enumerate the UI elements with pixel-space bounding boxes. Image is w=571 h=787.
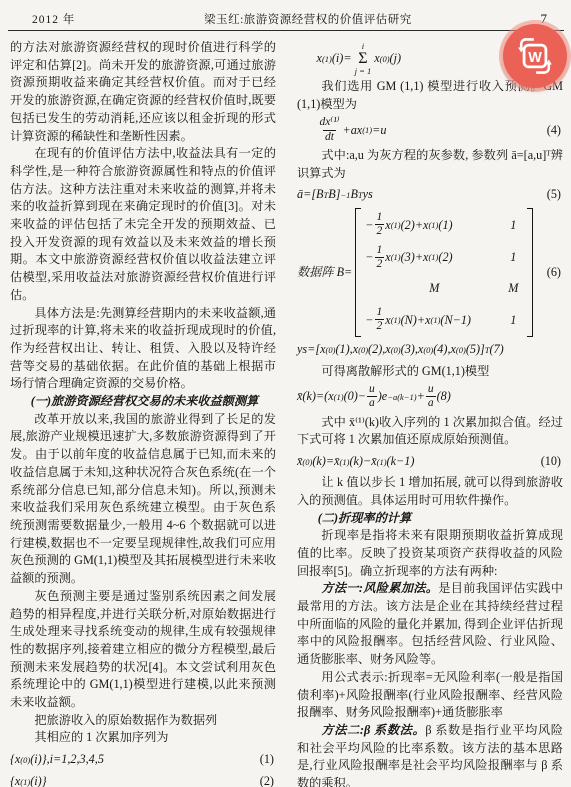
paragraph: 方法二:β 系数法。β 系数是指行业平均风险和社会平均风险的比率系数。该方法的基… xyxy=(297,722,563,787)
matrix-label: 数据阵 B= xyxy=(297,265,352,280)
formula-number: (10) xyxy=(541,454,563,469)
matrix-row: −12x(1)(2)+x(1)(1)1 xyxy=(365,211,523,238)
paragraph: 的方法对旅游资源经营权的现时价值进行科学的评定和估算[2]。尚未开发的旅游资源,… xyxy=(10,39,276,145)
method-lead: 方法一:风险累加法。 xyxy=(321,581,438,595)
matrix-row: −12x(1)(3)+x(1)(2)1 xyxy=(365,244,523,271)
formula: x̄(k)=(x(1)(0)−ua)e−a(k−1)+ua(8) xyxy=(297,383,563,410)
header-running-title: 梁玉红:旅游资源经营权的价值评估研究 xyxy=(75,11,540,27)
paragraph: 其相应的 1 次累加序列为 xyxy=(10,729,276,747)
formula: ā=[BTB]−1BTys(5) xyxy=(297,185,563,204)
page-body: 的方法对旅游资源经营权的现时价值进行科学的评定和估算[2]。尚未开发的旅游资源,… xyxy=(10,39,563,787)
formula: ys=[x(0)(1),x(0)(2),x(0)(3),x(0)(4),x(0)… xyxy=(297,341,563,360)
formula-number: (2) xyxy=(260,774,276,787)
right-column: x(1)(i)=iΣj = 1x(0)(j)我们选用 GM (1,1) 模型进行… xyxy=(297,39,563,787)
formula: {x(0)(i)},i=1,2,3,4,5(1) xyxy=(10,750,276,769)
w-document-icon: W xyxy=(512,33,558,79)
paragraph: 式中:a,u 为灰方程的灰参数, 参数列 ā=[a,u]ᵀ辨识算式为 xyxy=(297,147,563,182)
section-heading: (二)折现率的计算 xyxy=(297,510,563,528)
paragraph: 用公式表示:折现率=无风险利率(一般是指国债利率)+风险报酬率(行业风险报酬率、… xyxy=(297,669,563,722)
paragraph: 在现有的价值评估方法中,收益法具有一定的科学性,是一种符合旅游资源属性和特点的价… xyxy=(10,145,276,304)
formula-number: (6) xyxy=(547,265,563,280)
matrix-row: MM xyxy=(365,276,523,301)
matrix-row: −12x(1)(N)+x(1)(N−1)1 xyxy=(365,306,523,333)
formula-number: (5) xyxy=(547,187,563,202)
formula: {x(1)(i)}(2) xyxy=(10,772,276,787)
paragraph: 可得离散解形式的 GM(1,1)模型 xyxy=(297,363,563,381)
paragraph: 让 k 值以步长 1 增加拓展, 就可以得到旅游收入的预测值。具体运用时可用软件… xyxy=(297,474,563,509)
paragraph: 把旅游收入的原始数据作为数据列 xyxy=(10,712,276,730)
formula: x̄(0)(k)=x̄(1)(k)−x̄(1)(k−1)(10) xyxy=(297,452,563,471)
formula-number: (4) xyxy=(547,123,563,138)
header-rule xyxy=(8,30,564,31)
paragraph: 具体方法是:先测算经营期内的未来收益额,通过折现率的计算,将未来的收益折现成现时… xyxy=(10,305,276,394)
left-column: 的方法对旅游资源经营权的现时价值进行科学的评定和估算[2]。尚未开发的旅游资源,… xyxy=(10,39,276,787)
sum-symbol: iΣj = 1 xyxy=(355,42,372,75)
paragraph: 折现率是指将未来有限期预期收益折算成现值的比率。反映了投资某项资产获得收益的风险… xyxy=(297,527,563,580)
paragraph: 灰色预测主要是通过鉴别系统因素之间发展趋势的相异程度,并进行关联分析,对原始数据… xyxy=(10,588,276,712)
paragraph: 方法一:风险累加法。是目前我国评估实践中最常用的方法。该方法是企业在其持续经营过… xyxy=(297,580,563,669)
formula: dx⁽¹⁾dt+ax(1)=u(4) xyxy=(297,116,563,143)
matrix-formula: 数据阵 B=−12x(1)(2)+x(1)(1)1−12x(1)(3)+x(1)… xyxy=(297,208,563,336)
formula-number: (1) xyxy=(260,752,276,767)
method-lead: 方法二:β 系数法。 xyxy=(321,723,425,737)
section-heading: (一)旅游资源经营权交易的未来收益额测算 xyxy=(10,393,276,411)
read-later-float-button[interactable]: W xyxy=(503,24,567,88)
paragraph: 式中 x̄⁽¹⁾(k)收入序列的 1 次累加拟合值。经过下式可将 1 次累加值还… xyxy=(297,414,563,449)
w-letter: W xyxy=(528,50,542,66)
header-year: 2012 年 xyxy=(32,11,75,27)
page-header: 2012 年 梁玉红:旅游资源经营权的价值评估研究 7 xyxy=(8,11,563,27)
paragraph: 改革开放以来,我国的旅游业得到了长足的发展,旅游产业规模迅速扩大,多数旅游资源得… xyxy=(10,411,276,588)
